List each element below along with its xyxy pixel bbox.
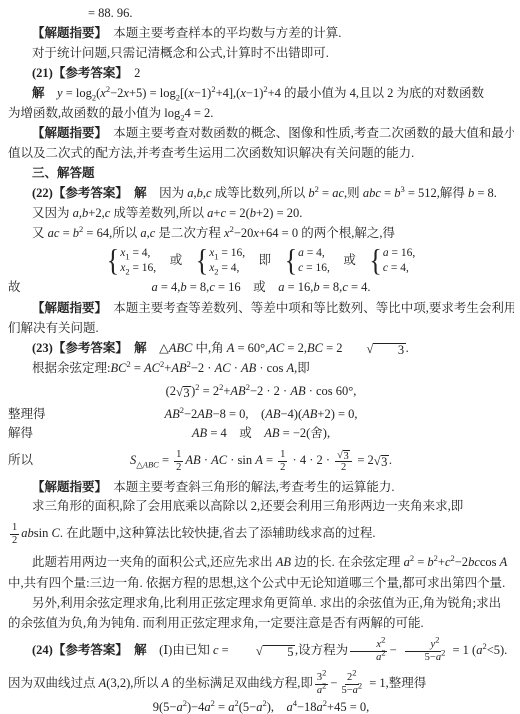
- text-run: 值以及二次式的配方法,并考查考生运用二次函数知识解决有关问题的能力.: [8, 146, 414, 160]
- text-run: (24)【参考答案】 解 (Ⅰ)由已知 c = √5,设方程为: [32, 643, 348, 657]
- text-run: (2√3)2 = 22+AB2−2 · 2 · AB · cos 60°,: [166, 384, 357, 398]
- hint-q21-cont: 值以及二次式的配方法,并考查考生运用二次函数知识解决有关问题的能力.: [8, 143, 514, 163]
- sqrt-radical: √3: [337, 450, 350, 462]
- fraction-numerator: 22: [345, 672, 359, 685]
- hint-q21: 【解题指要】 本题主要考查对数函数的概念、图像和性质,考查二次函数的最大值和最小: [8, 123, 514, 143]
- text-run: −: [390, 643, 397, 657]
- text-run: · 4 · 2 ·: [289, 453, 333, 467]
- equation-q23-1: (2√3)2 = 22+AB2−2 · 2 · AB · cos 60°,: [8, 378, 514, 404]
- brace-icon: {: [285, 246, 297, 277]
- text-run: AB = 4 或 AB = −2(舍),: [192, 426, 330, 440]
- text-run: AB · AC · sin A =: [185, 453, 276, 467]
- brace-icon: {: [107, 246, 119, 277]
- solution-q21: 解 y = log2(x2−2x+5) = log2[(x−1)2+4],(x−…: [8, 83, 514, 103]
- fraction-denominator: a2: [315, 685, 329, 697]
- text-run: (21)【参考答案】 2: [32, 66, 140, 80]
- case-line: c = 16,: [298, 261, 330, 276]
- text-run: 对于统计问题,只需记清概念和公式,计算时不出错即可.: [32, 46, 329, 60]
- text-run: AB2−2AB−8 = 0, (AB−4)(AB+2) = 0,: [164, 407, 357, 421]
- text-run: 【解题指要】 本题主要考查样本的平均数与方差的计算.: [32, 26, 341, 40]
- hint-q23: 【解题指要】 本题主要考查斜三角形的解法,考查考生的运算能力.: [8, 477, 514, 497]
- fraction: 12: [174, 449, 183, 474]
- brace-icon: {: [369, 246, 381, 277]
- hint-q23-l6: 另外,利用余弦定理求角,比利用正弦定理求角更简单. 求出的余弦值为正,角为锐角;…: [8, 593, 514, 613]
- sqrt-radical: √3: [176, 386, 191, 400]
- case-line: x2 = 4,: [209, 261, 239, 276]
- fraction: 12: [278, 449, 287, 474]
- fraction: y25−a2: [399, 639, 448, 664]
- text-run: 【解题指要】 本题主要考查对数函数的概念、图像和性质,考查二次函数的最大值和最小: [32, 126, 514, 140]
- text-run: 【解题指要】 本题主要考查斜三角形的解法,考查考生的运算能力.: [32, 480, 395, 494]
- hint-q22: 【解题指要】 本题主要考查等差数列、等差中项和等比数列、等比中项,要求考生会利用…: [8, 298, 514, 318]
- case-line: x2 = 16,: [120, 261, 156, 276]
- text-run: 中,共有四个量:三边一角. 依据方程的思想,这个公式中无论知道哪三个量,都可求出…: [8, 576, 505, 590]
- text-run: 们解决有关问题.: [8, 321, 99, 335]
- text-run: 9(5−a2)−4a2 = a2(5−a2), a4−18a2+45 = 0,: [153, 700, 370, 714]
- fraction-denominator: 2: [278, 462, 287, 474]
- formula-label: 整理得: [8, 404, 46, 424]
- cases-row-q22: {x1 = 4,x2 = 16, 或 {x1 = 16,x2 = 4, 即 {a…: [8, 243, 514, 277]
- text-run: = 1 (a2<5).: [449, 643, 507, 657]
- solution-q21-cont: 为增函数,故函数的最小值为 log24 = 2.: [8, 103, 514, 123]
- document-page: = 88. 96.【解题指要】 本题主要考查样本的平均数与方差的计算.对于统计问…: [0, 0, 520, 714]
- sqrt-radical: √3: [374, 455, 389, 469]
- hint-q23-l2: 求三角形的面积,除了会用底乘以高除以 2,还要会利用三角形两边一夹角来求,即: [8, 497, 514, 515]
- text-run: 【解题指要】 本题主要考查等差数列、等差中项和等比数列、等比中项,要求考生会利用…: [32, 301, 514, 315]
- fraction: x2a2: [350, 639, 388, 664]
- cases-group: {a = 16,c = 4,: [369, 246, 415, 276]
- fraction-denominator: 2: [339, 462, 348, 474]
- fraction-numerator: √3: [335, 449, 352, 462]
- fraction-denominator: a2: [350, 652, 388, 664]
- fraction: 225−a2: [339, 672, 364, 697]
- equation-q24: 9(5−a2)−4a2 = a2(5−a2), a4−18a2+45 = 0,: [8, 699, 514, 714]
- fraction: √32: [335, 449, 352, 474]
- answer-q22: (22)【参考答案】 解 因为 a,b,c 成等比数列,所以 b2 = ac,则…: [8, 183, 514, 203]
- fraction-denominator: 5−a2: [339, 685, 364, 697]
- hint-q23-l7: 的余弦值为负,角为钝角. 而利用正弦定理求角,一定要注意是否有两解的可能.: [8, 613, 514, 633]
- conclusion-q22: 故a = 4,b = 8,c = 16 或 a = 16,b = 8,c = 4…: [8, 277, 514, 298]
- fraction-denominator: 2: [10, 535, 19, 547]
- text-run: 三、解答题: [32, 166, 95, 180]
- text-run: 即: [246, 253, 284, 267]
- solution-q22-l2: 又因为 a,b+2,c 成等差数列,所以 a+c = 2(b+2) = 20.: [8, 203, 514, 223]
- solution-q24-l2: 因为双曲线过点 A(3,2),所以 A 的坐标满足双曲线方程,即32a2−225…: [8, 668, 514, 699]
- fraction-denominator: 2: [174, 462, 183, 474]
- hint-q20-note: 对于统计问题,只需记清概念和公式,计算时不出错即可.: [8, 43, 514, 63]
- sqrt-radical: √3: [343, 343, 406, 357]
- case-line: a = 16,: [383, 246, 415, 261]
- case-line: x1 = 16,: [209, 246, 245, 261]
- text-run: 因为双曲线过点 A(3,2),所以 A 的坐标满足双曲线方程,即: [8, 676, 313, 690]
- fraction-denominator: 5−a2: [399, 652, 448, 664]
- text-run: (22)【参考答案】 解 因为 a,b,c 成等比数列,所以 b2 = ac,则…: [32, 186, 497, 200]
- fraction-numerator: 1: [10, 522, 19, 535]
- sqrt-radical: √5: [232, 645, 295, 659]
- formula-label: 故: [8, 277, 21, 298]
- equation-q23-2: 整理得AB2−2AB−8 = 0, (AB−4)(AB+2) = 0,: [8, 404, 514, 424]
- fraction-numerator: 1: [174, 449, 183, 462]
- text-run: 或: [331, 253, 369, 267]
- answer-q21: (21)【参考答案】 2: [8, 63, 514, 83]
- section-heading-3: 三、解答题: [8, 163, 514, 183]
- cases-group: {x1 = 4,x2 = 16,: [107, 246, 156, 276]
- hint-q23-l5: 中,共有四个量:三边一角. 依据方程的思想,这个公式中无论知道哪三个量,都可求出…: [8, 573, 514, 593]
- carryover-result: = 88. 96.: [8, 3, 514, 23]
- text-run: 求三角形的面积,除了会用底乘以高除以 2,还要会利用三角形两边一夹角来求,即: [32, 499, 463, 513]
- text-run: (23)【参考答案】 解 △ABC 中,角 A = 60°,AC = 2,BC …: [32, 341, 409, 355]
- solution-q22-l3: 又 ac = b2 = 64,所以 a,c 是二次方程 x2−20x+64 = …: [8, 223, 514, 243]
- text-run: = 1,整理得: [366, 676, 426, 690]
- cases-group: {a = 4,c = 16,: [285, 246, 330, 276]
- case-line: a = 4,: [298, 246, 325, 261]
- solution-q23-l2: 根据余弦定理:BC2 = AC2+AB2−2 · AC · AB · cos A…: [8, 358, 514, 378]
- text-run: 或: [157, 253, 195, 267]
- text-run: absin C. 在此题中,这种算法比较快捷,省去了添辅助线求高的过程.: [21, 526, 375, 540]
- answer-q23: (23)【参考答案】 解 △ABC 中,角 A = 60°,AC = 2,BC …: [8, 338, 514, 358]
- hint-q23-l3: 12absin C. 在此题中,这种算法比较快捷,省去了添辅助线求高的过程.: [8, 515, 514, 551]
- brace-icon: {: [196, 246, 208, 277]
- hint-q22-cont: 们解决有关问题.: [8, 318, 514, 338]
- text-run: = 2√3.: [354, 453, 392, 467]
- text-run: 的余弦值为负,角为钝角. 而利用正弦定理求角,一定要注意是否有两解的可能.: [8, 616, 424, 630]
- hint-q23-l4: 此题若用两边一夹角的面积公式,还应先求出 AB 边的长. 在余弦定理 a2 = …: [8, 551, 514, 573]
- formula-label: 解得: [8, 424, 33, 443]
- fraction-numerator: 1: [278, 449, 287, 462]
- text-run: 为增函数,故函数的最小值为 log24 = 2.: [8, 106, 213, 120]
- answer-q24: (24)【参考答案】 解 (Ⅰ)由已知 c = √5,设方程为x2a2−y25−…: [8, 633, 514, 668]
- fraction-numerator: y2: [405, 639, 442, 652]
- formula-label: 所以: [8, 443, 33, 477]
- fraction: 12: [10, 522, 19, 547]
- case-line: x1 = 4,: [120, 246, 150, 261]
- text-run: −: [330, 676, 337, 690]
- text-run: 根据余弦定理:BC2 = AC2+AB2−2 · AC · AB · cos A…: [32, 361, 310, 375]
- text-run: 解 y = log2(x2−2x+5) = log2[(x−1)2+4],(x−…: [32, 86, 484, 100]
- text-run: 又因为 a,b+2,c 成等差数列,所以 a+c = 2(b+2) = 20.: [32, 206, 302, 220]
- equation-q23-3: 解得AB = 4 或 AB = −2(舍),: [8, 424, 514, 443]
- area-formula-q23: 所以S△ABC = 12AB · AC · sin A = 12 · 4 · 2…: [8, 443, 514, 477]
- case-line: c = 4,: [383, 261, 409, 276]
- fraction: 32a2: [315, 672, 329, 697]
- text-run: = 88. 96.: [88, 6, 133, 20]
- cases-group: {x1 = 16,x2 = 4,: [196, 246, 245, 276]
- text-run: 此题若用两边一夹角的面积公式,还应先求出 AB 边的长. 在余弦定理 a2 = …: [32, 555, 507, 569]
- text-run: a = 4,b = 8,c = 16 或 a = 16,b = 8,c = 4.: [151, 280, 370, 294]
- text-run: S△ABC =: [130, 453, 172, 467]
- text-run: 另外,利用余弦定理求角,比利用正弦定理求角更简单. 求出的余弦值为正,角为锐角;…: [32, 596, 501, 610]
- text-run: 又 ac = b2 = 64,所以 a,c 是二次方程 x2−20x+64 = …: [32, 226, 395, 240]
- hint-q20: 【解题指要】 本题主要考查样本的平均数与方差的计算.: [8, 23, 514, 43]
